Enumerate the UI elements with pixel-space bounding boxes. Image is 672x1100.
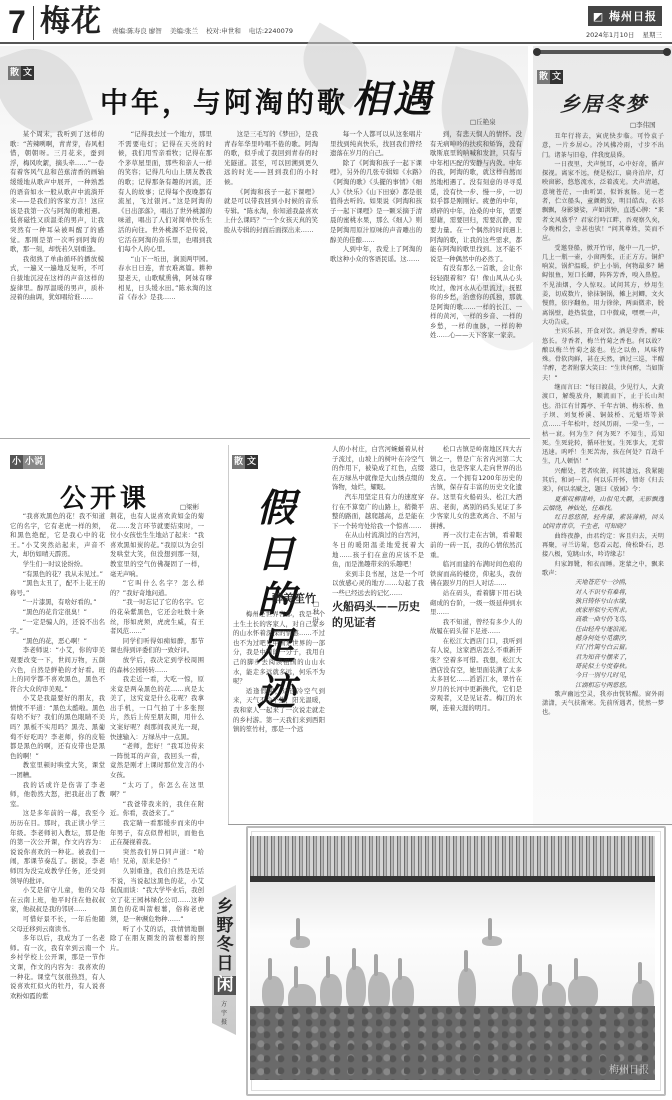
- photo-credit: 方宇 摄: [219, 1000, 229, 1027]
- caption-highlight: 闲: [214, 976, 236, 995]
- section-divider: [0, 438, 530, 439]
- reeds: [250, 836, 655, 881]
- lead-article-column-4: 每一个人都可以从这张唱片里找到纯真快乐，找回我们曾经遗落在岁月的自己。 除了《阿…: [330, 130, 422, 435]
- section-title: 梅花: [40, 4, 102, 40]
- lead-article-column-1: 某个周末，我听到了这样的歌：“苦辣咧啊，青青芽，春风相惜，朝朝呀。三月花来，蚕到…: [10, 130, 104, 435]
- ornamental-rule: [536, 50, 668, 54]
- verse-line: 撼身何处兮觅潮汐，: [542, 634, 664, 643]
- verse-line: 对人不识兮有难将，: [542, 588, 664, 597]
- holiday-subhead-2: 火船码头——历史的见证者: [332, 599, 424, 631]
- page-number: 7: [8, 4, 26, 40]
- verse-line: 今日一别兮几时见，: [542, 671, 664, 680]
- column-divider: [228, 445, 229, 825]
- verse-line: 天地苍茫兮一沙鸥，: [542, 578, 664, 587]
- story-column-1: “我喜欢黑色的花！我不知道它的名字，它有老虎一样的须，和黑色绝配，它是我心中的花…: [10, 512, 105, 1097]
- credit-proofreader: 校对:申世和: [206, 27, 241, 35]
- divider: [33, 6, 34, 40]
- goose-icon: [262, 976, 284, 1010]
- newspaper-logo: ◩ 梅州日报: [588, 6, 662, 26]
- holiday-column-2: 人的小村庄，白宫河蜿蜒着从村子流过，山坡上的树叶在冷空气的作用下，被染成了红色，…: [332, 445, 424, 815]
- logo-emblem-icon: ◩: [593, 10, 604, 23]
- dateline: 2024年1月10日 星期三: [580, 30, 662, 39]
- holiday-column-3: 松口古镇是岭南地区四大古镇之一，曾是广东省内河第二大港口，也是客家人走向世界的出…: [430, 445, 522, 815]
- title-emphasis: 相遇: [352, 77, 434, 121]
- verse-line: 孰日铸怀兮山水缘，: [542, 597, 664, 606]
- holiday-category-tag: 散文: [232, 455, 258, 469]
- credit-designer: 美编:张兰: [170, 27, 198, 35]
- verse-line: 归门竹篱兮白云留。: [542, 643, 664, 652]
- sidebar-category-tag: 散文: [537, 70, 563, 84]
- holiday-subhead-1: 醉美笙竹: [272, 590, 316, 606]
- category-tag: 散文: [8, 66, 34, 80]
- goose-icon: [568, 976, 598, 1010]
- credit-phone: 电话:2240079: [249, 27, 293, 35]
- editor-credits: 责编:陈寿良 廖智 美编:张兰 校对:申世和 电话:2240079: [112, 26, 299, 35]
- story-column-2: 荆花，也有人说喜欢黄如金的菊花……发言环节就要结束时，一位小女孩怯生生地站了起来…: [110, 512, 204, 1097]
- verse-line: 高歌一曲兮仍飞鸟，: [542, 615, 664, 624]
- lead-article-column-2: “记得我去过一个地方，那里不需要电灯；记得在天亮的时候，我们用雪亲看牧；记得在那…: [118, 130, 212, 435]
- lead-article-column-3: 这是三毛写的《梦田》，是我青春年华里吟唱不倦的歌。阿淘的歌，似乎成了我回到青春的…: [224, 130, 318, 435]
- sidebar-title: 乡居冬梦: [560, 88, 648, 117]
- lead-article-title: 中年，与阿淘的歌相遇: [100, 68, 434, 123]
- credit-editor: 责编:陈寿良 廖智: [112, 27, 162, 35]
- photo-divider: [228, 824, 672, 825]
- verse-line: 哥徒似土兮度春秋。: [542, 662, 664, 671]
- verse-line: 江湖相忘兮两悠悠。: [542, 681, 664, 690]
- verse-line: 成家形似兮天所求。: [542, 606, 664, 615]
- verse-line: 任由轻舟兮逐浪流。: [542, 625, 664, 634]
- goose-icon: [346, 966, 366, 1010]
- verse-line: 君为知音兮摆来了，: [542, 653, 664, 662]
- photo-caption-title: 乡 野 冬 日 闲: [214, 898, 236, 995]
- lead-article-byline: □丘艳泉: [470, 117, 496, 126]
- story-byline: □梁彬: [180, 502, 199, 511]
- holiday-column-1: 梅州是世界客都，我是一个土生土长的客家人，对自己家乡的山水怀着深深的情感……不过…: [233, 610, 325, 815]
- sidebar-byline: □李伟国: [630, 120, 656, 129]
- photo-watermark: 梅州日报: [609, 1061, 649, 1076]
- story-title: 公开课: [60, 478, 150, 515]
- goose-icon: [290, 936, 310, 948]
- lead-article-column-5: 到，有悲天悯人的情怀。没有无病呻吟的扶疾和矫饰，没有歇斯底里的呐喊和发泄，只有与…: [430, 130, 522, 435]
- weekday: 星期三: [643, 31, 663, 39]
- vegetable-field: [250, 1006, 655, 1080]
- geese-photo: 梅州日报: [250, 836, 655, 1080]
- date: 2024年1月10日: [586, 31, 634, 39]
- goose-icon: [482, 936, 502, 946]
- sidebar-body: 丑年行将去，寅虎快步临。可怜袁子意，一片乡居心。冷风拂冷雨，寸步不出门。诸茶与旧…: [542, 132, 664, 822]
- story-category-tag: 小小说: [10, 455, 45, 469]
